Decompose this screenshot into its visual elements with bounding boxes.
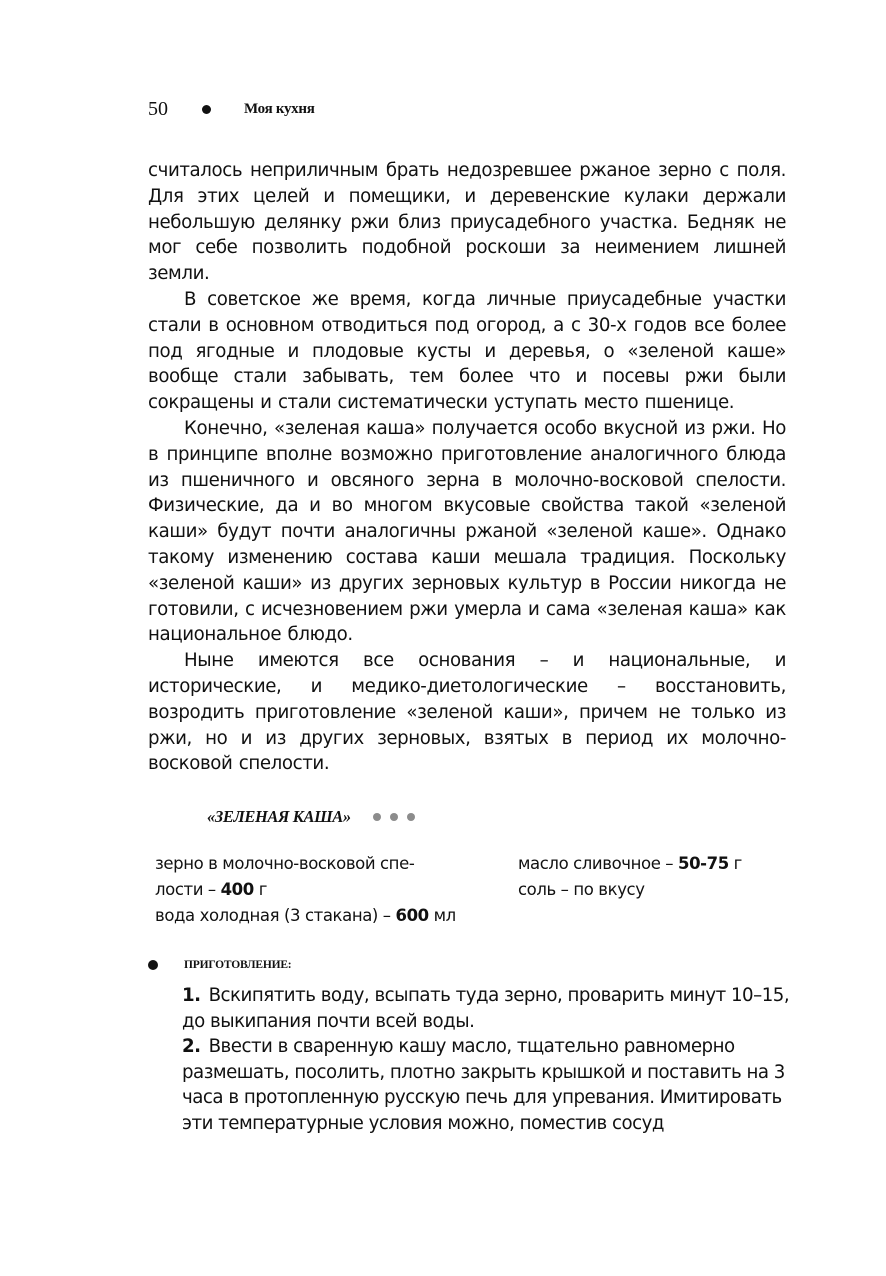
ingredient-unit: г: [729, 854, 742, 873]
ingredient-unit: мл: [429, 906, 456, 925]
ingredient-name: вода холодная (3 стакана) –: [155, 906, 396, 925]
running-head: 50 Моя кухня: [148, 96, 315, 122]
step-item: 2.Ввести в сваренную кашу масло, тщатель…: [182, 1034, 792, 1136]
paragraph: считалось неприличным брать недозревшее …: [148, 158, 786, 287]
dot-icon: [373, 813, 381, 821]
ingredient-quantity: 400: [221, 880, 254, 899]
recipe-title: «ЗЕЛЕНАЯ КАША»: [207, 806, 415, 828]
ingredient-quantity: 50-75: [678, 854, 729, 873]
ingredient-item: масло сливочное – 50-75 г: [518, 851, 798, 877]
body-text: считалось неприличным брать недозревшее …: [148, 158, 786, 777]
step-text: Вскипятить воду, всыпать туда зерно, про…: [182, 985, 789, 1032]
ingredients-column-left: зерно в молочно-восковой спе- лости – 40…: [155, 851, 495, 929]
decorative-dots: [373, 813, 415, 821]
book-page: 50 Моя кухня считалось неприличным брать…: [0, 0, 886, 1276]
step-number: 1.: [182, 985, 201, 1006]
ingredient-item: зерно в молочно-восковой спе- лости – 40…: [155, 851, 495, 903]
ingredient-name: зерно в молочно-восковой спе- лости –: [155, 854, 414, 899]
dot-icon: [390, 813, 398, 821]
preparation-heading-text: ПРИГОТОВЛЕНИЕ:: [184, 959, 291, 971]
ingredient-item: соль – по вкусу: [518, 877, 798, 903]
page-number: 50: [148, 98, 202, 121]
step-number: 2.: [182, 1036, 201, 1057]
bullet-icon: [148, 960, 158, 970]
paragraph: В советское же время, когда личные приус…: [148, 287, 786, 416]
paragraph: Ныне имеются все основания – и националь…: [148, 648, 786, 777]
ingredient-unit: г: [254, 880, 267, 899]
ingredient-quantity: 600: [396, 906, 429, 925]
ingredient-item: вода холодная (3 стакана) – 600 мл: [155, 903, 495, 929]
ingredient-name: масло сливочное –: [518, 854, 678, 873]
paragraph: Конечно, «зеленая каша» получается особо…: [148, 416, 786, 648]
preparation-steps: 1.Вскипятить воду, всыпать туда зерно, п…: [182, 983, 792, 1136]
dot-icon: [407, 813, 415, 821]
recipe-title-text: «ЗЕЛЕНАЯ КАША»: [207, 807, 351, 827]
bullet-icon: [202, 105, 211, 114]
step-item: 1.Вскипятить воду, всыпать туда зерно, п…: [182, 983, 792, 1034]
ingredient-name: соль – по вкусу: [518, 880, 645, 899]
ingredients-column-right: масло сливочное – 50-75 г соль – по вкус…: [518, 851, 798, 903]
step-text: Ввести в сваренную кашу масло, тщательно…: [182, 1036, 785, 1134]
preparation-heading: ПРИГОТОВЛЕНИЕ:: [148, 954, 291, 976]
book-title: Моя кухня: [244, 101, 315, 118]
